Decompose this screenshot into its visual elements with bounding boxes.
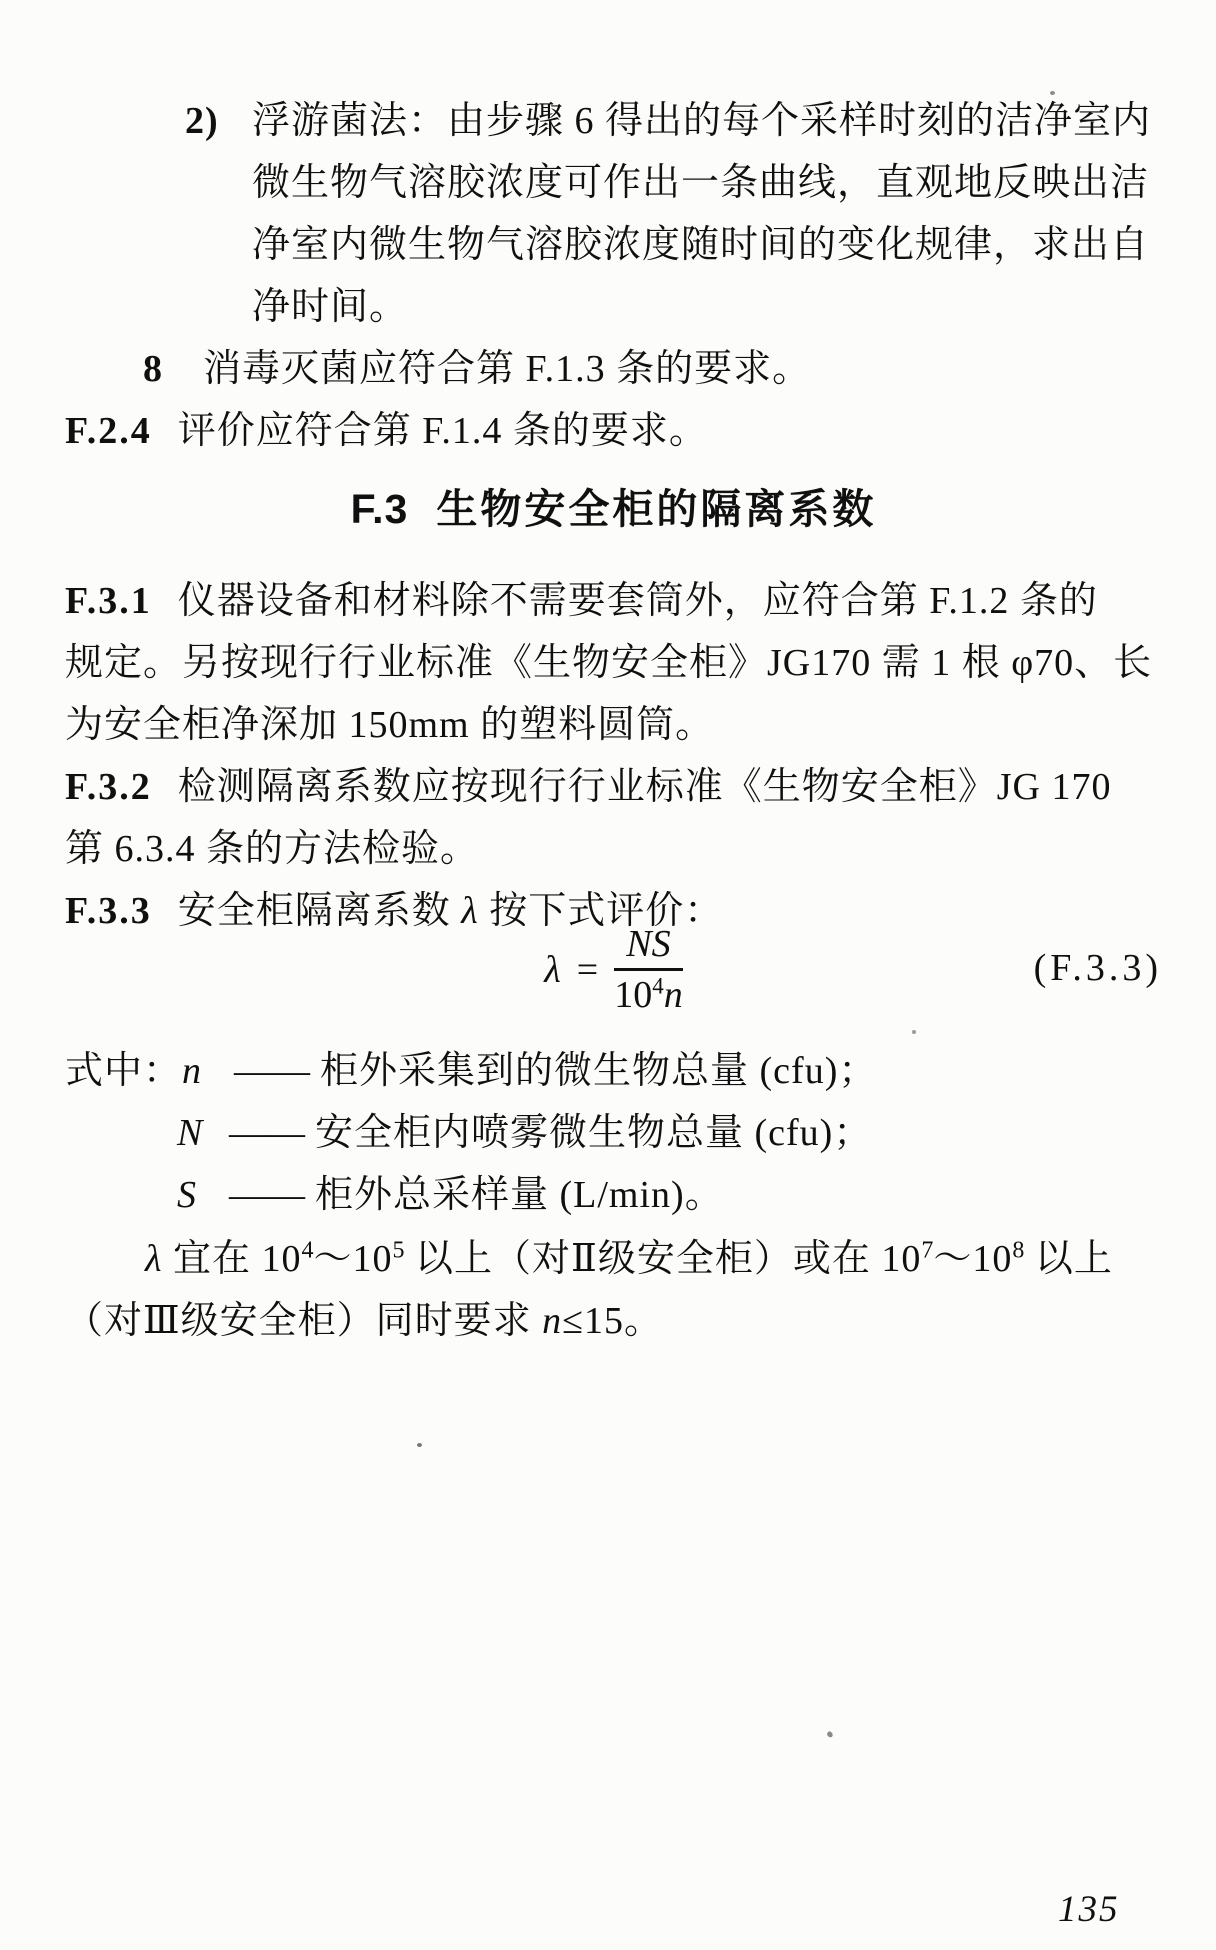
denominator-variable: n: [664, 974, 683, 1016]
text-line: 检测隔离系数应按现行行业标准《生物安全柜》JG 170: [178, 766, 1112, 808]
symbol-n: n: [182, 1040, 234, 1102]
document-page: 2) 浮游菌法：由步骤 6 得出的每个采样时刻的洁净室内 微生物气溶胶浓度可作出…: [0, 0, 1216, 1950]
text-line: λ 宜在 104～105 以上（对Ⅱ级安全柜）或在 107～108 以上: [65, 1228, 1113, 1290]
exponent: 7: [921, 1237, 933, 1263]
fraction-numerator: NS: [614, 922, 682, 971]
legend-desc: 柜外采集到的微生物总量 (cfu)；: [320, 1050, 877, 1092]
fraction: NS 104n: [614, 922, 683, 1018]
legend-entry-n: 式中：n——柜外采集到的微生物总量 (cfu)；: [65, 1040, 877, 1102]
denominator-base: 10: [614, 974, 652, 1016]
text-segment: ～10: [933, 1238, 1012, 1280]
page-number: 135: [1058, 1888, 1120, 1931]
section-heading-number: F.3: [351, 486, 409, 532]
equation-number: (F.3.3): [1034, 946, 1162, 990]
text-line: 净室内微生物气溶胶浓度随时间的变化规律，求出自: [252, 214, 1151, 276]
equation-lhs: λ: [544, 948, 560, 992]
text-segment: ≤15。: [562, 1300, 663, 1342]
legend-dash: ——: [234, 1050, 310, 1092]
n-symbol: n: [542, 1300, 562, 1342]
clause-8-text: 消毒灭菌应符合第 F.1.3 条的要求。: [203, 338, 811, 400]
lambda-criteria-paragraph: λ 宜在 104～105 以上（对Ⅱ级安全柜）或在 107～108 以上 （对Ⅲ…: [65, 1228, 1113, 1352]
text-column: 2) 浮游菌法：由步骤 6 得出的每个采样时刻的洁净室内 微生物气溶胶浓度可作出…: [65, 0, 1162, 1950]
exponent: 8: [1012, 1237, 1024, 1263]
legend-prefix: 式中：: [65, 1050, 182, 1092]
clause-f-3-1-number: F.3.1: [65, 580, 152, 622]
text-segment: ～10: [313, 1238, 392, 1280]
clause-f-3-1: F.3.1仪器设备和材料除不需要套筒外，应符合第 F.1.2 条的 规定。另按现…: [65, 570, 1152, 756]
legend-entry-S: S——柜外总采样量 (L/min)。: [65, 1164, 877, 1226]
exponent: 4: [301, 1237, 313, 1263]
scan-artifact-dot: [912, 1030, 916, 1034]
list-item-2-text: 浮游菌法：由步骤 6 得出的每个采样时刻的洁净室内 微生物气溶胶浓度可作出一条曲…: [252, 90, 1151, 338]
legend-dash: ——: [229, 1112, 305, 1154]
lambda-symbol: λ: [145, 1238, 162, 1280]
text-line: 微生物气溶胶浓度可作出一条曲线，直观地反映出洁: [252, 152, 1151, 214]
list-item-2: 2) 浮游菌法：由步骤 6 得出的每个采样时刻的洁净室内 微生物气溶胶浓度可作出…: [185, 90, 1151, 338]
legend-entry-N: N——安全柜内喷雾微生物总量 (cfu)；: [65, 1102, 877, 1164]
text-segment: 以上: [1024, 1238, 1113, 1280]
exponent: 5: [393, 1237, 405, 1263]
clause-f-3-2: F.3.2检测隔离系数应按现行行业标准《生物安全柜》JG 170 第 6.3.4…: [65, 756, 1111, 880]
text-segment: 宜在 10: [162, 1238, 301, 1280]
equation-f-3-3: λ = NS 104n (F.3.3): [65, 922, 1162, 1022]
section-heading-f3: F.3生物安全柜的隔离系数: [65, 478, 1162, 540]
text-line: （对Ⅲ级安全柜）同时要求 n≤15。: [65, 1290, 1113, 1352]
scan-artifact-dot: [1050, 91, 1055, 95]
text-line: 为安全柜净深加 150mm 的塑料圆筒。: [65, 694, 1152, 756]
text-line: 第 6.3.4 条的方法检验。: [65, 818, 1111, 880]
text-line: 净时间。: [252, 276, 1151, 338]
clause-f-2-4-text: 评价应符合第 F.1.4 条的要求。: [178, 410, 708, 452]
section-heading-title: 生物安全柜的隔离系数: [436, 486, 876, 532]
clause-f-2-4-number: F.2.4: [65, 410, 152, 452]
symbol-S: S: [177, 1164, 229, 1226]
scan-artifact-dot: [417, 1443, 422, 1447]
clause-f-3-2-number: F.3.2: [65, 766, 152, 808]
text-line: 规定。另按现行行业标准《生物安全柜》JG170 需 1 根 φ70、长: [65, 632, 1152, 694]
symbol-N: N: [177, 1102, 229, 1164]
text-line: 浮游菌法：由步骤 6 得出的每个采样时刻的洁净室内: [252, 90, 1151, 152]
clause-8: 8 消毒灭菌应符合第 F.1.3 条的要求。: [143, 338, 811, 400]
clause-f-2-4: F.2.4评价应符合第 F.1.4 条的要求。: [65, 400, 708, 462]
equals-sign: =: [577, 948, 598, 992]
denominator-exponent: 4: [652, 973, 664, 998]
legend-desc: 安全柜内喷雾微生物总量 (cfu)；: [315, 1112, 872, 1154]
text-segment: （对Ⅲ级安全柜）同时要求: [65, 1300, 542, 1342]
legend-dash: ——: [229, 1174, 305, 1216]
symbol-legend: 式中：n——柜外采集到的微生物总量 (cfu)； N——安全柜内喷雾微生物总量 …: [65, 1040, 877, 1226]
clause-8-number: 8: [143, 338, 203, 400]
fraction-denominator: 104n: [614, 971, 683, 1018]
list-item-2-marker: 2): [185, 90, 252, 152]
equation-body: λ = NS 104n: [65, 922, 1162, 1018]
text-line: 仪器设备和材料除不需要套筒外，应符合第 F.1.2 条的: [178, 580, 1098, 622]
legend-desc: 柜外总采样量 (L/min)。: [315, 1174, 724, 1216]
text-segment: 以上（对Ⅱ级安全柜）或在 10: [405, 1238, 922, 1280]
